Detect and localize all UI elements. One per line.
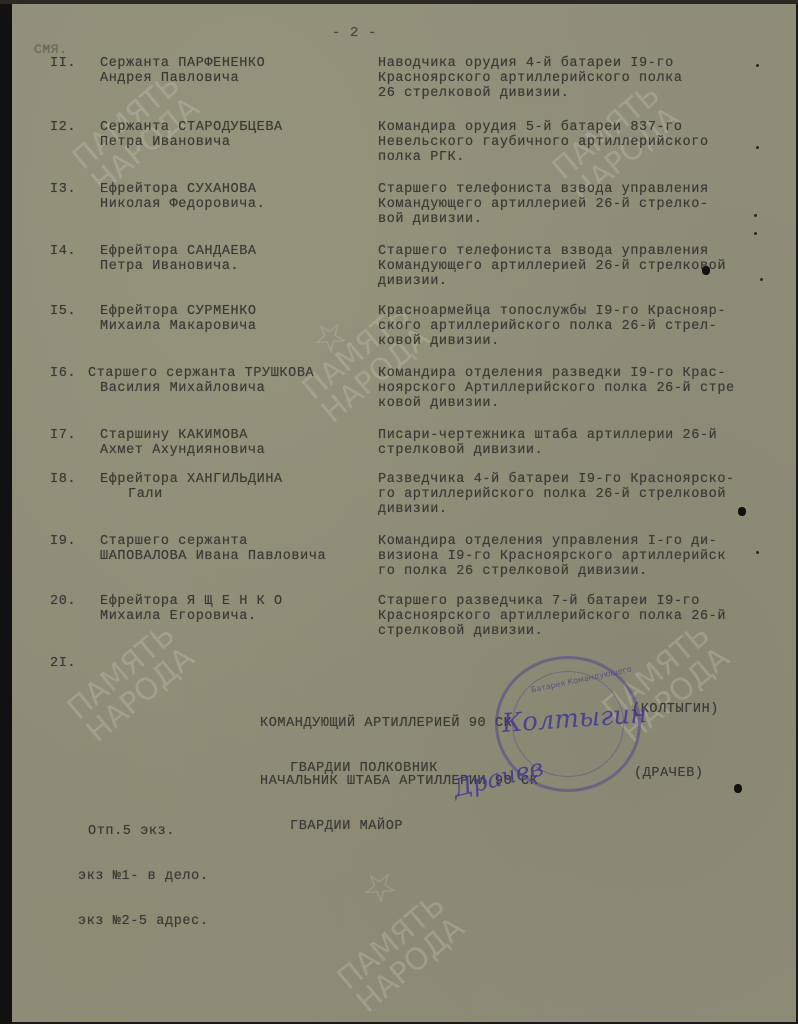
rank-name-line: Ахмет Ахундияновича [100, 443, 265, 458]
position-line: го полка 26 стрелковой дивизии. [378, 564, 778, 579]
speck [760, 278, 763, 281]
distribution-note: Отп.5 экз. экз №1- в дело. экз №2-5 адре… [78, 794, 209, 959]
distribution-line: экз №1- в дело. [78, 869, 209, 884]
position-line: 26 стрелковой дивизии. [378, 86, 778, 101]
position-line: Разведчика 4-й батареи I9-го Красноярско… [378, 472, 778, 487]
position-line: ковой дивизии. [378, 334, 778, 349]
entry-position: Командира отделения управления I-го ди-в… [378, 534, 778, 579]
entry-rank-name: Сержанта ПАРФЕНЕНКОАндрея Павловича [100, 56, 265, 86]
distribution-line: экз №2-5 адрес. [78, 914, 209, 929]
rank-name-line: Ефрейтора СУХАНОВА [100, 182, 265, 197]
entry-position: Старшего телефониста взвода управленияКо… [378, 244, 778, 289]
entry-rank-name: Ефрейтора СУХАНОВАНиколая Федоровича. [100, 182, 265, 212]
position-line: Командира отделения управления I-го ди- [378, 534, 778, 549]
entry-rank-name: Старшего сержанта ТРУШКОВАВасилия Михайл… [88, 366, 314, 396]
entry-position: Командира орудия 5-й батареи 837-гоНевел… [378, 120, 778, 165]
entry-position: Командира отделения разведки I9-го Крас-… [378, 366, 778, 411]
entry-number: I2. [50, 120, 76, 135]
position-line: Писари-чертежника штаба артиллерии 26-й [378, 428, 778, 443]
entry-position: Разведчика 4-й батареи I9-го Красноярско… [378, 472, 778, 517]
speck [754, 232, 757, 235]
entry-rank-name: Ефрейтора СУРМЕНКОМихаила Макаровича [100, 304, 257, 334]
entry-rank-name: Ефрейтора Я Щ Е Н К ОМихаила Егоровича. [100, 594, 283, 624]
entry-rank-name: Ефрейтора ХАНГИЛЬДИНАГали [100, 472, 283, 502]
rank-name-line: Гали [100, 487, 283, 502]
distribution-line: Отп.5 экз. [78, 824, 209, 839]
entry-rank-name: Ефрейтора САНДАЕВАПетра Ивановича. [100, 244, 257, 274]
position-line: Красноярского артиллерийского полка 26-й [378, 609, 778, 624]
position-line: визиона I9-го Красноярского артиллерийск [378, 549, 778, 564]
rank-name-line: Ефрейтора Я Щ Е Н К О [100, 594, 283, 609]
entry-number: I9. [50, 534, 76, 549]
position-line: стрелковой дивизии. [378, 624, 778, 639]
entry-position: Красноармейца топослужбы I9-го Краснояр-… [378, 304, 778, 349]
scan-edge-left [0, 0, 12, 1024]
entry-rank-name: Сержанта СТАРОДУБЦЕВАПетра Ивановича [100, 120, 283, 150]
entry-number: 20. [50, 594, 76, 609]
position-line: дивизии. [378, 274, 778, 289]
position-line: полка РГК. [378, 150, 778, 165]
position-line: Старшего телефониста взвода управления [378, 244, 778, 259]
rank-name-line: Старшину КАКИМОВА [100, 428, 265, 443]
position-line: ноярского Артиллерийского полка 26-й стр… [378, 381, 778, 396]
watermark-star-icon: ☆ [351, 858, 408, 916]
entry-number: I4. [50, 244, 76, 259]
signature-title-line: КОМАНДУЮЩИЙ АРТИЛЛЕРИЕЙ 90 СК [260, 716, 512, 731]
rank-name-line: Михаила Макаровича [100, 319, 257, 334]
entry-position: Старшего телефониста взвода управленияКо… [378, 182, 778, 227]
watermark: ПАМЯТЬ НАРОДА [63, 620, 200, 749]
position-line: Старшего телефониста взвода управления [378, 182, 778, 197]
rank-name-line: Николая Федоровича. [100, 197, 265, 212]
rank-name-line: Старшего сержанта [100, 534, 326, 549]
speck [756, 146, 759, 149]
rank-name-line: Ефрейтора ХАНГИЛЬДИНА [100, 472, 283, 487]
rank-name-line: Василия Михайловича [88, 381, 314, 396]
entry-rank-name: Старшего сержантаШАПОВАЛОВА Ивана Павлов… [100, 534, 326, 564]
position-line: ского артиллерийского полка 26-й стрел- [378, 319, 778, 334]
position-line: Красноярского артиллерийского полка [378, 71, 778, 86]
rank-name-line: Сержанта СТАРОДУБЦЕВА [100, 120, 283, 135]
rank-name-line: Сержанта ПАРФЕНЕНКО [100, 56, 265, 71]
page-number: - 2 - [332, 26, 377, 41]
entry-number: I5. [50, 304, 76, 319]
position-line: Командира отделения разведки I9-го Крас- [378, 366, 778, 381]
entry-number: I3. [50, 182, 76, 197]
speck [754, 214, 757, 217]
rank-name-line: Ефрейтора СУРМЕНКО [100, 304, 257, 319]
ink-blot [734, 784, 742, 793]
rank-name-line: Старшего сержанта ТРУШКОВА [88, 366, 314, 381]
entry-number: I6. [50, 366, 76, 381]
rank-name-line: ШАПОВАЛОВА Ивана Павловича [100, 549, 326, 564]
signature-title-line: ГВАРДИИ МАЙОР [260, 819, 538, 834]
rank-name-line: Петра Ивановича [100, 135, 283, 150]
signature-title-2: НАЧАЛЬНИК ШТАБА АРТИЛЛЕРИИ 90 СК ГВАРДИИ… [260, 744, 538, 864]
position-line: Командира орудия 5-й батареи 837-го [378, 120, 778, 135]
archival-document-page: ПАМЯТЬ НАРОДА ПАМЯТЬ НАРОДА ПАМЯТЬ НАРОД… [12, 4, 796, 1022]
ink-blot [738, 507, 746, 516]
position-line: дивизии. [378, 502, 778, 517]
position-line: Старшего разведчика 7-й батареи I9-го [378, 594, 778, 609]
position-line: стрелковой дивизии. [378, 443, 778, 458]
rank-name-line: Петра Ивановича. [100, 259, 257, 274]
position-line: Командующего артиллерией 26-й стрелковой [378, 259, 778, 274]
rank-name-line: Андрея Павловича [100, 71, 265, 86]
entry-number: I8. [50, 472, 76, 487]
entry-position: Наводчика орудия 4-й батареи I9-гоКрасно… [378, 56, 778, 101]
entry-rank-name: Старшину КАКИМОВААхмет Ахундияновича [100, 428, 265, 458]
rank-name-line: Михаила Егоровича. [100, 609, 283, 624]
entry-position: Старшего разведчика 7-й батареи I9-гоКра… [378, 594, 778, 639]
signatory-name-2: (ДРАЧЕВ) [634, 766, 704, 781]
position-line: ковой дивизии. [378, 396, 778, 411]
ink-blot [702, 266, 710, 275]
position-line: вой дивизии. [378, 212, 778, 227]
speck [756, 551, 759, 554]
entry-number: II. [50, 56, 76, 71]
watermark: ПАМЯТЬ НАРОДА [333, 890, 470, 1019]
position-line: го артиллерийского полка 26-й стрелковой [378, 487, 778, 502]
entry-number: 2I. [50, 656, 76, 671]
speck [756, 64, 759, 67]
entry-number: I7. [50, 428, 76, 443]
corner-note: СМЯ. [34, 42, 68, 57]
rank-name-line: Ефрейтора САНДАЕВА [100, 244, 257, 259]
position-line: Командующего артиллерией 26-й стрелко- [378, 197, 778, 212]
position-line: Красноармейца топослужбы I9-го Краснояр- [378, 304, 778, 319]
position-line: Невельского гаубичного артиллерийского [378, 135, 778, 150]
position-line: Наводчика орудия 4-й батареи I9-го [378, 56, 778, 71]
entry-position: Писари-чертежника штаба артиллерии 26-йс… [378, 428, 778, 458]
